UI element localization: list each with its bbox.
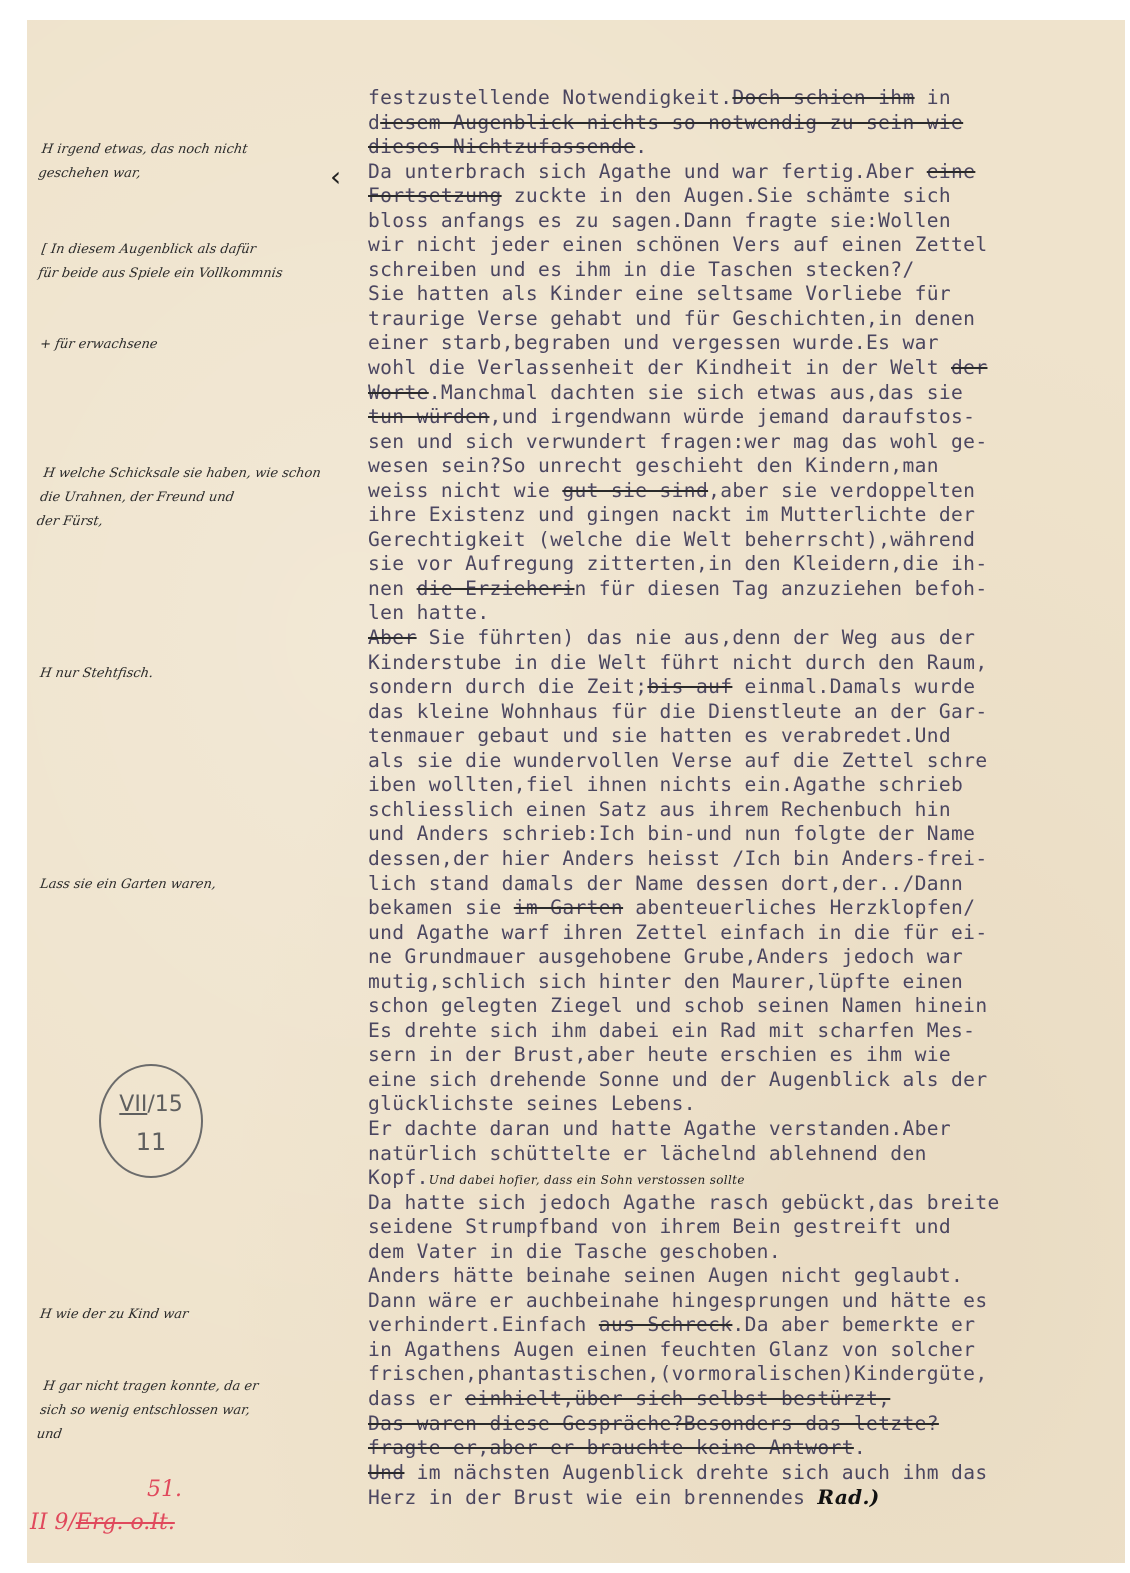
deleted-text: Doch schien ihm bbox=[732, 86, 914, 109]
typed-text: in Agathens Augen einen feuchten Glanz v… bbox=[368, 1338, 975, 1361]
typed-text: als sie die wundervollen Verse auf die Z… bbox=[368, 749, 987, 772]
typed-line: und Agathe warf ihren Zettel einfach in … bbox=[368, 921, 1128, 946]
typed-line: wohl die Verlassenheit der Kindheit in d… bbox=[368, 356, 1128, 381]
margin-handwritten-note: [ In diesem Augenblick als dafür für bei… bbox=[37, 238, 288, 286]
typed-text: Dann wäre er auchbeinahe hingesprungen u… bbox=[368, 1289, 987, 1312]
typed-line: Aber Sie führten) das nie aus,denn der W… bbox=[368, 626, 1128, 651]
typed-line: frischen,phantastischen,(vormoralischen)… bbox=[368, 1362, 1128, 1387]
typed-line: Kinderstube in die Welt führt nicht durc… bbox=[368, 651, 1128, 676]
typed-line: iben wollten,fiel ihnen nichts ein.Agath… bbox=[368, 773, 1128, 798]
typed-text: und Anders schrieb:Ich bin-und nun folgt… bbox=[368, 822, 975, 845]
typed-text: eine sich drehende Sonne und der Augenbl… bbox=[368, 1068, 987, 1091]
typed-text: glücklichste seines Lebens. bbox=[368, 1092, 696, 1115]
typed-line: festzustellende Notwendigkeit.Doch schie… bbox=[368, 86, 1128, 111]
typed-line: Anders hätte beinahe seinen Augen nicht … bbox=[368, 1264, 1128, 1289]
typed-line: schreiben und es ihm in die Taschen stec… bbox=[368, 258, 1128, 283]
deleted-text: die Erzieheri bbox=[417, 577, 575, 600]
typed-line: Sie hatten als Kinder eine seltsame Vorl… bbox=[368, 282, 1128, 307]
margin-handwritten-note: H welche Schicksale sie haben, wie schon… bbox=[35, 462, 322, 534]
typed-line: Gerechtigkeit (welche die Welt beherrsch… bbox=[368, 528, 1128, 553]
archive-stamp: VII/15 11 bbox=[99, 1064, 203, 1178]
typed-line: sern in der Brust,aber heute erschien es… bbox=[368, 1043, 1128, 1068]
typed-line: tenmauer gebaut und sie hatten es verabr… bbox=[368, 724, 1128, 749]
typed-text-continued: ,und irgendwann würde jemand daraufstos- bbox=[489, 405, 975, 428]
deleted-text: eine bbox=[927, 160, 976, 183]
typed-text: sern in der Brust,aber heute erschien es… bbox=[368, 1043, 951, 1066]
typed-line: bloss anfangs es zu sagen.Dann fragte si… bbox=[368, 209, 1128, 234]
typed-line: sie vor Aufregung zitterten,in den Kleid… bbox=[368, 552, 1128, 577]
typed-line: weiss nicht wie gut sie sind,aber sie ve… bbox=[368, 479, 1128, 504]
typed-line: eine sich drehende Sonne und der Augenbl… bbox=[368, 1068, 1128, 1093]
typed-line: in Agathens Augen einen feuchten Glanz v… bbox=[368, 1338, 1128, 1363]
typed-text-continued: n für diesen Tag anzuziehen befoh- bbox=[575, 577, 988, 600]
typed-text: festzustellende Notwendigkeit. bbox=[368, 86, 732, 109]
typed-text: bekamen sie bbox=[368, 896, 514, 919]
typed-text: natürlich schüttelte er lächelnd ablehne… bbox=[368, 1142, 927, 1165]
margin-handwritten-note: + für erwachsene bbox=[38, 333, 159, 357]
typed-text: wohl die Verlassenheit der Kindheit in d… bbox=[368, 356, 951, 379]
red-signature-prefix: II 9/ bbox=[30, 1510, 76, 1535]
typed-text: schreiben und es ihm in die Taschen stec… bbox=[368, 258, 915, 281]
typed-text: Es drehte sich ihm dabei ein Rad mit sch… bbox=[368, 1019, 975, 1042]
deleted-text: Und bbox=[368, 1461, 404, 1484]
handwritten-insertion: Rad.) bbox=[817, 1485, 879, 1509]
typed-text: Sie hatten als Kinder eine seltsame Vorl… bbox=[368, 282, 951, 305]
typed-line: Da unterbrach sich Agathe und war fertig… bbox=[368, 160, 1128, 185]
typed-text: nen bbox=[368, 577, 417, 600]
typed-line: Das waren diese Gespräche?Besonders das … bbox=[368, 1412, 1128, 1437]
deleted-text: aus Schreck bbox=[599, 1313, 733, 1336]
typed-line: Worte.Manchmal dachten sie sich etwas au… bbox=[368, 381, 1128, 406]
typed-text-continued: ,aber sie verdoppelten bbox=[708, 479, 975, 502]
typed-line: ihre Existenz und gingen nackt im Mutter… bbox=[368, 503, 1128, 528]
typed-line: wir nicht jeder einen schönen Vers auf e… bbox=[368, 233, 1128, 258]
typed-text: tenmauer gebaut und sie hatten es verabr… bbox=[368, 724, 951, 747]
red-signature-struck: Erg. o.It. bbox=[76, 1510, 175, 1535]
typed-text: einer starb,begraben und vergessen wurde… bbox=[368, 331, 939, 354]
typed-text: Kinderstube in die Welt führt nicht durc… bbox=[368, 651, 987, 674]
typed-line: traurige Verse gehabt und für Geschichte… bbox=[368, 307, 1128, 332]
typed-text-continued: abenteuerliches Herzklopfen/ bbox=[623, 896, 975, 919]
typed-text-continued: .Da aber bemerkte er bbox=[732, 1313, 975, 1336]
typed-text: Herz in der Brust wie ein brennendes bbox=[368, 1486, 817, 1509]
typed-text: dem Vater in die Tasche geschoben. bbox=[368, 1240, 781, 1263]
typed-text: ne Grundmauer ausgehobene Grube,Anders j… bbox=[368, 945, 963, 968]
typed-text: mutig,schlich sich hinter den Maurer,lüp… bbox=[368, 970, 963, 993]
typed-text: und Agathe warf ihren Zettel einfach in … bbox=[368, 921, 987, 944]
typed-text: schon gelegten Ziegel und schob seinen N… bbox=[368, 994, 987, 1017]
typed-text: bloss anfangs es zu sagen.Dann fragte si… bbox=[368, 209, 951, 232]
deleted-text: im Garten bbox=[514, 896, 623, 919]
typed-text: lich stand damals der Name dessen dort,d… bbox=[368, 872, 963, 895]
deleted-text: der bbox=[951, 356, 987, 379]
typed-line: fragte er,aber er brauchte keine Antwort… bbox=[368, 1436, 1128, 1461]
typed-line: Dann wäre er auchbeinahe hingesprungen u… bbox=[368, 1289, 1128, 1314]
typed-line: schon gelegten Ziegel und schob seinen N… bbox=[368, 994, 1128, 1019]
typed-line: diesem Augenblick nichts so notwendig zu… bbox=[368, 111, 1128, 136]
typed-text: Anders hätte beinahe seinen Augen nicht … bbox=[368, 1264, 963, 1287]
typed-line: das kleine Wohnhaus für die Dienstleute … bbox=[368, 700, 1128, 725]
typed-line: und Anders schrieb:Ich bin-und nun folgt… bbox=[368, 822, 1128, 847]
typed-line: dem Vater in die Tasche geschoben. bbox=[368, 1240, 1128, 1265]
typed-text: wesen sein?So unrecht geschieht den Kind… bbox=[368, 454, 939, 477]
typed-line: tun würden,und irgendwann würde jemand d… bbox=[368, 405, 1128, 430]
typed-line: verhindert.Einfach aus Schreck.Da aber b… bbox=[368, 1313, 1128, 1338]
typed-text: d bbox=[368, 111, 380, 134]
typed-text: sie vor Aufregung zitterten,in den Kleid… bbox=[368, 552, 987, 575]
insertion-mark-icon: ‹ bbox=[330, 160, 341, 193]
typed-text: schliesslich einen Satz aus ihrem Rechen… bbox=[368, 798, 951, 821]
typed-text: Da unterbrach sich Agathe und war fertig… bbox=[368, 160, 927, 183]
typed-line: sondern durch die Zeit;bis auf einmal.Da… bbox=[368, 675, 1128, 700]
typed-line: einer starb,begraben und vergessen wurde… bbox=[368, 331, 1128, 356]
deleted-text: Das waren diese Gespräche?Besonders das … bbox=[368, 1412, 939, 1435]
typed-text: dessen,der hier Anders heisst /Ich bin A… bbox=[368, 847, 987, 870]
typed-text: das kleine Wohnhaus für die Dienstleute … bbox=[368, 700, 987, 723]
typed-line: glücklichste seines Lebens. bbox=[368, 1092, 1128, 1117]
typed-text-continued: Sie führten) das nie aus,denn der Weg au… bbox=[417, 626, 976, 649]
typed-line: Und im nächsten Augenblick drehte sich a… bbox=[368, 1461, 1128, 1486]
deleted-text: dieses Nichtzufassende bbox=[368, 135, 635, 158]
margin-handwritten-note: H nur Stehtfisch. bbox=[38, 662, 154, 686]
typed-line: dessen,der hier Anders heisst /Ich bin A… bbox=[368, 847, 1128, 872]
typed-text-continued: zuckte in den Augen.Sie schämte sich bbox=[502, 184, 951, 207]
typed-text: iben wollten,fiel ihnen nichts ein.Agath… bbox=[368, 773, 963, 796]
typed-text: dass er bbox=[368, 1387, 465, 1410]
typed-text: seidene Strumpfband von ihrem Bein gestr… bbox=[368, 1215, 951, 1238]
deleted-text: tun würden bbox=[368, 405, 489, 428]
deleted-text: Aber bbox=[368, 626, 417, 649]
typed-text: wir nicht jeder einen schönen Vers auf e… bbox=[368, 233, 987, 256]
stamp-roman: VII bbox=[119, 1092, 147, 1117]
stamp-number: /15 bbox=[147, 1092, 182, 1117]
typed-text: traurige Verse gehabt und für Geschichte… bbox=[368, 307, 975, 330]
typed-text: Gerechtigkeit (welche die Welt beherrsch… bbox=[368, 528, 975, 551]
typed-line: dieses Nichtzufassende. bbox=[368, 135, 1128, 160]
typed-line: mutig,schlich sich hinter den Maurer,lüp… bbox=[368, 970, 1128, 995]
typed-line: Fortsetzung zuckte in den Augen.Sie schä… bbox=[368, 184, 1128, 209]
typed-line: Da hatte sich jedoch Agathe rasch gebück… bbox=[368, 1191, 1128, 1216]
typed-line: ne Grundmauer ausgehobene Grube,Anders j… bbox=[368, 945, 1128, 970]
deleted-text: iesem Augenblick nichts so notwendig zu … bbox=[380, 111, 963, 134]
red-page-number: 51. bbox=[147, 1477, 182, 1502]
typed-line: als sie die wundervollen Verse auf die Z… bbox=[368, 749, 1128, 774]
typed-line: schliesslich einen Satz aus ihrem Rechen… bbox=[368, 798, 1128, 823]
typed-text: ihre Existenz und gingen nackt im Mutter… bbox=[368, 503, 975, 526]
typed-line: Es drehte sich ihm dabei ein Rad mit sch… bbox=[368, 1019, 1128, 1044]
typed-text: frischen,phantastischen,(vormoralischen)… bbox=[368, 1362, 987, 1385]
typed-text-continued: im nächsten Augenblick drehte sich auch … bbox=[404, 1461, 987, 1484]
typed-line: seidene Strumpfband von ihrem Bein gestr… bbox=[368, 1215, 1128, 1240]
deleted-text: bis auf bbox=[647, 675, 732, 698]
typed-text-continued: .Manchmal dachten sie sich etwas aus,das… bbox=[429, 381, 963, 404]
deleted-text: einhielt,über sich selbst bestürzt, bbox=[465, 1387, 890, 1410]
typed-line: lich stand damals der Name dessen dort,d… bbox=[368, 872, 1128, 897]
typed-text: weiss nicht wie bbox=[368, 479, 562, 502]
typed-text-body: festzustellende Notwendigkeit.Doch schie… bbox=[368, 86, 1128, 1510]
typed-text-continued: . bbox=[635, 135, 647, 158]
typed-text: Kopf. bbox=[368, 1166, 429, 1189]
typed-text-continued: . bbox=[854, 1436, 866, 1459]
typed-text: Er dachte daran und hatte Agathe verstan… bbox=[368, 1117, 951, 1140]
typed-line: Kopf.Und dabei hofier, dass ein Sohn ver… bbox=[368, 1166, 1128, 1191]
typed-text-continued: einmal.Damals wurde bbox=[732, 675, 975, 698]
typed-line: nen die Erzieherin für diesen Tag anzuzi… bbox=[368, 577, 1128, 602]
typed-line: dass er einhielt,über sich selbst bestür… bbox=[368, 1387, 1128, 1412]
margin-handwritten-note: H wie der zu Kind war bbox=[38, 1303, 189, 1327]
typed-text: len hatte. bbox=[368, 601, 489, 624]
typed-line: Er dachte daran und hatte Agathe verstan… bbox=[368, 1117, 1128, 1142]
red-signature: II 9/Erg. o.It. bbox=[30, 1510, 175, 1535]
typed-line: sen und sich verwundert fragen:wer mag d… bbox=[368, 430, 1128, 455]
typed-line: Herz in der Brust wie ein brennendes Rad… bbox=[368, 1485, 1128, 1510]
typed-line: len hatte. bbox=[368, 601, 1128, 626]
typed-text: verhindert.Einfach bbox=[368, 1313, 599, 1336]
deleted-text: Worte bbox=[368, 381, 429, 404]
typed-text: sondern durch die Zeit; bbox=[368, 675, 647, 698]
typed-line: natürlich schüttelte er lächelnd ablehne… bbox=[368, 1142, 1128, 1167]
margin-handwritten-note: H irgend etwas, das noch nicht geschehen… bbox=[37, 138, 249, 186]
typed-text-continued: in bbox=[915, 86, 951, 109]
deleted-text: gut sie sind bbox=[562, 479, 708, 502]
handwritten-insertion: Und dabei hofier, dass ein Sohn verstoss… bbox=[429, 1173, 745, 1187]
deleted-text: Fortsetzung bbox=[368, 184, 502, 207]
typed-text: Da hatte sich jedoch Agathe rasch gebück… bbox=[368, 1191, 1000, 1214]
typed-line: wesen sein?So unrecht geschieht den Kind… bbox=[368, 454, 1128, 479]
margin-handwritten-note: H gar nicht tragen konnte, da er sich so… bbox=[35, 1375, 260, 1447]
stamp-bottom: 11 bbox=[101, 1128, 201, 1156]
typed-line: bekamen sie im Garten abenteuerliches He… bbox=[368, 896, 1128, 921]
margin-handwritten-note: Lass sie ein Garten waren, bbox=[38, 873, 217, 897]
deleted-text: fragte er,aber er brauchte keine Antwort bbox=[368, 1436, 854, 1459]
typed-text: sen und sich verwundert fragen:wer mag d… bbox=[368, 430, 987, 453]
